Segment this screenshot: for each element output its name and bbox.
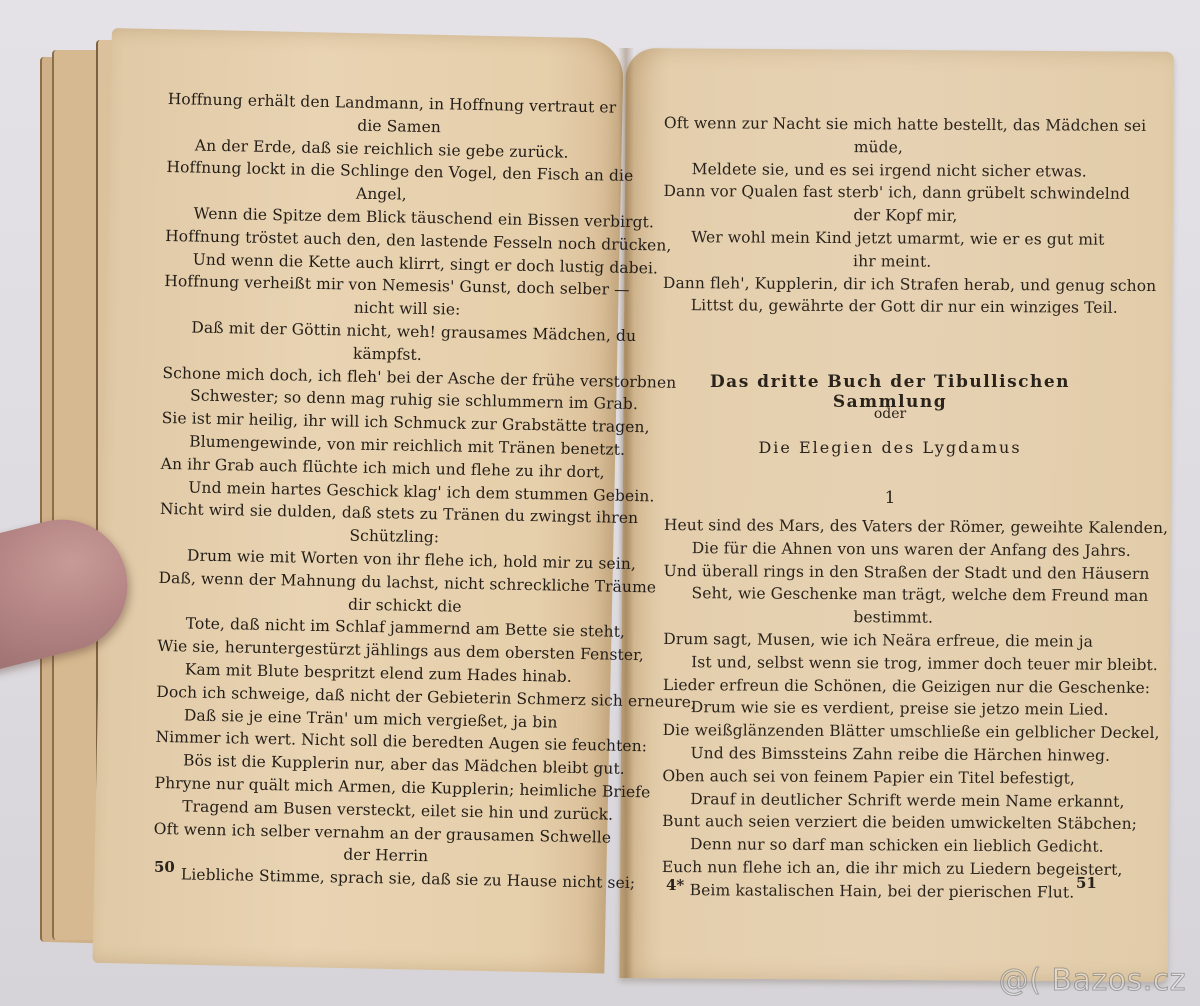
verse-line: Drum wie sie es verdient, preise sie jet… [663, 696, 1123, 722]
section-number: 1 [660, 488, 1120, 508]
verse-line: Wer wohl mein Kind jetzt umarmt, wie er … [663, 226, 1123, 252]
right-page-text-bottom: Heut sind des Mars, des Vaters der Römer… [662, 514, 1124, 904]
verse-line: Ist und, selbst wenn sie trog, immer doc… [663, 651, 1123, 677]
verse-line: der Kopf mir, [663, 203, 1123, 229]
verse-line: Heut sind des Mars, des Vaters der Römer… [664, 514, 1124, 540]
verse-line: Bunt auch seien verziert die beiden umwi… [662, 810, 1122, 836]
left-page-text: Hoffnung erhält den Landmann, in Hoffnun… [153, 88, 608, 894]
book-subheading: Die Elegien des Lygdamus [660, 438, 1120, 457]
verse-line: bestimmt. [663, 605, 1123, 631]
verse-line: Die für die Ahnen von uns waren der Anfa… [664, 537, 1124, 563]
verse-line: Littst du, gewährte der Gott dir nur ein… [663, 294, 1123, 320]
verse-line: müde, [664, 135, 1124, 161]
verse-line: Und des Bimssteins Zahn reibe die Härche… [662, 742, 1122, 768]
verse-line: Drum sagt, Musen, wie ich Neära erfreue,… [663, 628, 1123, 654]
verse-line: Lieder erfreun die Schönen, die Geizigen… [663, 674, 1123, 700]
book-photo: Hoffnung erhält den Landmann, in Hoffnun… [0, 0, 1200, 1006]
verse-line: Oben auch sei von feinem Papier ein Tite… [662, 765, 1122, 791]
heading-or: oder [660, 406, 1120, 422]
watermark-logo: @( Bazos.cz [999, 963, 1186, 998]
verse-line: Drauf in deutlicher Schrift werde mein N… [662, 788, 1122, 814]
verse-line: Und überall rings in den Straßen der Sta… [664, 560, 1124, 586]
verse-line: Seht, wie Geschenke man trägt, welche de… [663, 582, 1123, 608]
verse-line: Dann vor Qualen fast sterb' ich, dann gr… [663, 180, 1123, 206]
right-page-text-top: Oft wenn zur Nacht sie mich hatte bestel… [663, 112, 1124, 320]
verse-line: Die weißglänzenden Blätter umschließe ei… [663, 719, 1123, 745]
verse-line: Euch nun flehe ich an, die ihr mich zu L… [662, 856, 1122, 882]
verse-line: Beim kastalischen Hain, bei der pierisch… [662, 879, 1122, 905]
signature-mark: 4* [666, 876, 684, 894]
page-number-right: 51 [1076, 874, 1097, 892]
verse-line: Oft wenn zur Nacht sie mich hatte bestel… [664, 112, 1124, 138]
page-number-left: 50 [154, 858, 175, 876]
verse-line: Meldete sie, und es sei irgend nicht sic… [664, 158, 1124, 184]
verse-line: Denn nur so darf man schicken ein liebli… [662, 833, 1122, 859]
verse-line: Dann fleh', Kupplerin, dir ich Strafen h… [663, 272, 1123, 298]
verse-line: ihr meint. [663, 249, 1123, 275]
